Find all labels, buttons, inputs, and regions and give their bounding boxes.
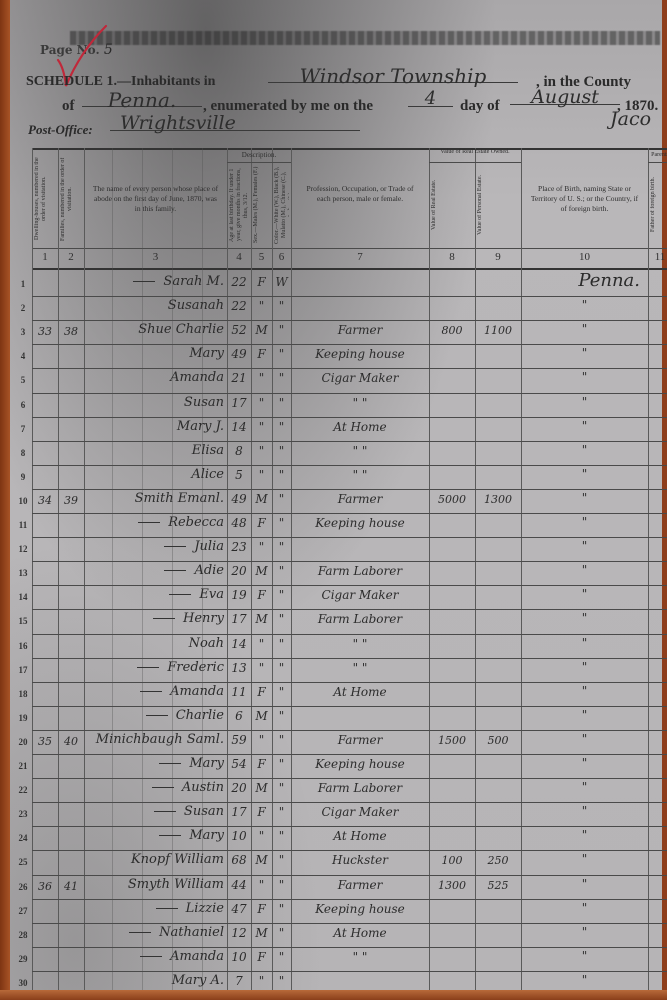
row-25-birthplace: ": [521, 852, 648, 866]
row-9-name: Alice: [84, 467, 227, 482]
row-6-birthplace: ": [521, 395, 648, 409]
month-field: August: [510, 86, 620, 105]
row-29-name: Amanda: [84, 949, 227, 964]
row-3-family-number: 38: [58, 325, 84, 338]
ditto-dash: [146, 715, 168, 716]
column-number-1: 1: [32, 251, 58, 263]
row-24-birthplace: ": [521, 828, 648, 842]
row-10-sex: M: [251, 492, 272, 506]
person-name: Frederic: [167, 660, 224, 675]
row-24-occupation: At Home: [291, 829, 429, 843]
person-name: Henry: [183, 611, 224, 626]
line-number: 16: [14, 641, 32, 651]
row-10-real-estate-value: 5000: [429, 493, 475, 506]
row-14-sex: F: [251, 588, 272, 602]
line-number: 17: [14, 665, 32, 675]
row-1-birthplace: Penna.: [521, 270, 648, 291]
row-26-dwelling-number: 36: [32, 880, 58, 893]
row-26-birthplace: ": [521, 877, 648, 891]
column-number-10: 10: [521, 251, 648, 263]
row-26-color: ": [272, 878, 291, 892]
column-divider: [32, 148, 33, 993]
row-rule: [32, 971, 667, 972]
row-9-age: 5: [227, 468, 251, 482]
person-name: Alice: [191, 467, 224, 482]
row-14-occupation: Cigar Maker: [291, 588, 429, 602]
row-18-birthplace: ": [521, 684, 648, 698]
row-rule: [32, 417, 667, 418]
row-6-age: 17: [227, 396, 251, 410]
row-3-occupation: Farmer: [291, 323, 429, 337]
township-field: Windsor Township: [268, 64, 518, 83]
row-15-occupation: Farm Laborer: [291, 612, 429, 626]
line-number: 6: [14, 400, 32, 410]
row-30-name: Mary A.: [84, 973, 227, 988]
row-3-age: 52: [227, 323, 251, 337]
row-7-occupation: At Home: [291, 420, 429, 434]
line-number: 13: [14, 568, 32, 578]
row-8-age: 8: [227, 444, 251, 458]
row-4-age: 49: [227, 347, 251, 361]
row-1-age: 22: [227, 275, 251, 289]
row-25-color: ": [272, 853, 291, 867]
column-divider: [58, 148, 59, 993]
row-6-name: Susan: [84, 395, 227, 410]
row-17-birthplace: ": [521, 660, 648, 674]
row-13-color: ": [272, 564, 291, 578]
row-19-age: 6: [227, 709, 251, 723]
row-25-sex: M: [251, 853, 272, 867]
row-rule: [32, 489, 667, 490]
row-rule: [32, 465, 667, 466]
column-header-3: The name of every person whose place of …: [92, 184, 219, 214]
row-24-sex: ": [251, 829, 272, 843]
row-1-color: W: [272, 275, 291, 289]
row-3-birthplace: ": [521, 322, 648, 336]
column-number-9: 9: [475, 251, 521, 263]
row-9-color: ": [272, 468, 291, 482]
column-number-3: 3: [84, 251, 227, 263]
ditto-dash: [159, 835, 181, 836]
row-15-birthplace: ": [521, 611, 648, 625]
column-header-9: Value of Personal Estate.: [477, 166, 519, 244]
row-25-personal-estate-value: 250: [475, 854, 521, 867]
row-8-color: ": [272, 444, 291, 458]
row-23-sex: F: [251, 805, 272, 819]
ditto-dash: [164, 546, 186, 547]
row-6-occupation: " ": [291, 396, 429, 410]
row-15-color: ": [272, 612, 291, 626]
row-21-occupation: Keeping house: [291, 757, 429, 771]
post-office-label: Post-Office:: [28, 122, 93, 138]
row-rule: [32, 537, 667, 538]
ditto-dash: [140, 956, 162, 957]
row-rule: [32, 561, 667, 562]
row-1-sex: F: [251, 275, 272, 289]
row-29-birthplace: ": [521, 949, 648, 963]
person-name: Knopf William: [131, 852, 224, 867]
row-9-birthplace: ": [521, 467, 648, 481]
row-20-sex: ": [251, 733, 272, 747]
ditto-dash: [169, 594, 191, 595]
row-rule: [32, 320, 667, 321]
person-name: Smith Emanl.: [135, 491, 224, 506]
description-group-rule: [227, 162, 291, 163]
column-header-2: Families, numbered in the order of visit…: [60, 154, 82, 244]
line-number: 10: [14, 496, 32, 506]
person-name: Susanah: [168, 298, 224, 313]
row-3-dwelling-number: 33: [32, 325, 58, 338]
row-20-dwelling-number: 35: [32, 735, 58, 748]
column-number-4: 4: [227, 251, 251, 263]
row-23-birthplace: ": [521, 804, 648, 818]
row-21-birthplace: ": [521, 756, 648, 770]
row-28-occupation: At Home: [291, 926, 429, 940]
row-30-birthplace: ": [521, 973, 648, 987]
person-name: Mary: [189, 346, 224, 361]
person-name: Amanda: [170, 370, 224, 385]
row-5-birthplace: ": [521, 370, 648, 384]
row-6-sex: ": [251, 396, 272, 410]
of-label: of: [62, 98, 75, 115]
line-number: 5: [14, 375, 32, 385]
county-field: Penna.: [82, 88, 202, 107]
ditto-dash: [133, 281, 155, 282]
line-number: 29: [14, 954, 32, 964]
estate-group-rule: [429, 162, 521, 163]
ditto-dash: [140, 691, 162, 692]
ditto-dash: [159, 763, 181, 764]
row-4-color: ": [272, 347, 291, 361]
row-20-age: 59: [227, 733, 251, 747]
row-17-sex: ": [251, 661, 272, 675]
post-office-field: Wrightsville: [110, 112, 360, 131]
row-27-sex: F: [251, 902, 272, 916]
row-22-occupation: Farm Laborer: [291, 781, 429, 795]
row-29-age: 10: [227, 950, 251, 964]
desk-surface-bottom: [0, 990, 667, 1000]
ditto-dash: [153, 618, 175, 619]
row-rule: [32, 682, 667, 683]
line-number: 19: [14, 713, 32, 723]
row-22-sex: M: [251, 781, 272, 795]
day-of-label: day of: [460, 98, 500, 115]
row-12-name: Julia: [84, 539, 227, 554]
row-rule: [32, 344, 667, 345]
line-number: 14: [14, 592, 32, 602]
row-25-occupation: Huckster: [291, 853, 429, 867]
row-10-age: 49: [227, 492, 251, 506]
person-name: Mary: [189, 828, 224, 843]
row-13-birthplace: ": [521, 563, 648, 577]
row-10-dwelling-number: 34: [32, 494, 58, 507]
row-29-occupation: " ": [291, 950, 429, 964]
row-2-age: 22: [227, 299, 251, 313]
row-22-age: 20: [227, 781, 251, 795]
column-header-8: Value of Real Estate.: [431, 166, 473, 244]
row-25-age: 68: [227, 853, 251, 867]
row-16-birthplace: ": [521, 636, 648, 650]
header-note-strikethrough: [70, 31, 660, 45]
row-rule: [32, 393, 667, 394]
row-3-color: ": [272, 323, 291, 337]
row-23-color: ": [272, 805, 291, 819]
row-19-color: ": [272, 709, 291, 723]
row-18-age: 11: [227, 685, 251, 699]
row-11-sex: F: [251, 516, 272, 530]
column-header-11: Father of foreign birth.: [650, 166, 667, 244]
row-28-birthplace: ": [521, 925, 648, 939]
line-number: 26: [14, 882, 32, 892]
person-name: Nathaniel: [159, 925, 224, 940]
row-18-sex: F: [251, 685, 272, 699]
row-7-name: Mary J.: [84, 419, 227, 434]
row-12-birthplace: ": [521, 539, 648, 553]
row-10-occupation: Farmer: [291, 492, 429, 506]
row-10-name: Smith Emanl.: [84, 491, 227, 506]
row-25-real-estate-value: 100: [429, 854, 475, 867]
person-name: Smyth William: [128, 877, 224, 892]
row-13-age: 20: [227, 564, 251, 578]
row-17-name: Frederic: [84, 660, 227, 675]
line-number: 24: [14, 833, 32, 843]
row-21-sex: F: [251, 757, 272, 771]
row-26-name: Smyth William: [84, 877, 227, 892]
group-header-description: Description.: [227, 151, 291, 160]
row-21-age: 54: [227, 757, 251, 771]
row-5-sex: ": [251, 371, 272, 385]
person-name: Susan: [184, 395, 224, 410]
line-number: 9: [14, 472, 32, 482]
row-23-name: Susan: [84, 804, 227, 819]
row-rule: [32, 850, 667, 851]
column-number-2: 2: [58, 251, 84, 263]
row-7-color: ": [272, 420, 291, 434]
line-number: 15: [14, 616, 32, 626]
row-rule: [32, 658, 667, 659]
row-22-name: Austin: [84, 780, 227, 795]
row-27-name: Lizzie: [84, 901, 227, 916]
person-name: Mary A.: [172, 973, 224, 988]
row-19-name: Charlie: [84, 708, 227, 723]
row-20-personal-estate-value: 500: [475, 734, 521, 747]
row-7-age: 14: [227, 420, 251, 434]
row-8-occupation: " ": [291, 444, 429, 458]
ditto-dash: [164, 570, 186, 571]
row-3-name: Shue Charlie: [84, 322, 227, 337]
census-table: Description.Value of Real Estate Owned.P…: [32, 148, 667, 993]
row-8-name: Elisa: [84, 443, 227, 458]
line-number: 4: [14, 351, 32, 361]
row-9-occupation: " ": [291, 468, 429, 482]
person-name: Julia: [194, 539, 224, 554]
row-5-age: 21: [227, 371, 251, 385]
column-header-1: Dwelling-houses, numbered in the order o…: [34, 154, 56, 244]
row-rule: [32, 706, 667, 707]
row-rule: [32, 441, 667, 442]
row-rule: [32, 875, 667, 876]
person-name: Amanda: [170, 949, 224, 964]
row-17-age: 13: [227, 661, 251, 675]
row-14-birthplace: ": [521, 587, 648, 601]
row-rule: [32, 923, 667, 924]
row-14-name: Eva: [84, 587, 227, 602]
day-field: 4: [408, 88, 453, 107]
row-1-name: Sarah M.: [84, 274, 227, 289]
row-3-real-estate-value: 800: [429, 324, 475, 337]
row-30-color: ": [272, 974, 291, 988]
line-number: 7: [14, 424, 32, 434]
row-10-birthplace: ": [521, 491, 648, 505]
row-5-color: ": [272, 371, 291, 385]
row-12-age: 23: [227, 540, 251, 554]
line-number: 28: [14, 930, 32, 940]
row-13-sex: M: [251, 564, 272, 578]
line-number: 8: [14, 448, 32, 458]
row-8-birthplace: ": [521, 443, 648, 457]
person-name: Minichbaugh Saml.: [96, 732, 224, 747]
row-7-sex: ": [251, 420, 272, 434]
row-26-occupation: Farmer: [291, 878, 429, 892]
row-rule: [32, 513, 667, 514]
row-26-real-estate-value: 1300: [429, 879, 475, 892]
row-25-name: Knopf William: [84, 852, 227, 867]
person-name: Mary: [189, 756, 224, 771]
row-15-age: 17: [227, 612, 251, 626]
person-name: Charlie: [176, 708, 224, 723]
line-number: 25: [14, 857, 32, 867]
line-number: 18: [14, 689, 32, 699]
row-24-name: Mary: [84, 828, 227, 843]
column-header-4: Age at last birthday. If under 1 year, g…: [229, 166, 249, 244]
row-11-age: 48: [227, 516, 251, 530]
column-number-6: 6: [272, 251, 291, 263]
column-number-7: 7: [291, 251, 429, 263]
row-19-birthplace: ": [521, 708, 648, 722]
row-15-name: Henry: [84, 611, 227, 626]
row-10-family-number: 39: [58, 494, 84, 507]
row-16-color: ": [272, 637, 291, 651]
row-23-occupation: Cigar Maker: [291, 805, 429, 819]
person-name: Austin: [182, 780, 224, 795]
row-rule: [32, 368, 667, 369]
row-5-occupation: Cigar Maker: [291, 371, 429, 385]
row-16-name: Noah: [84, 636, 227, 651]
ditto-dash: [129, 932, 151, 933]
row-10-color: ": [272, 492, 291, 506]
row-28-name: Nathaniel: [84, 925, 227, 940]
row-28-sex: M: [251, 926, 272, 940]
row-29-sex: F: [251, 950, 272, 964]
person-name: Rebecca: [168, 515, 224, 530]
line-number: 30: [14, 978, 32, 988]
column-divider: [648, 148, 649, 993]
row-23-age: 17: [227, 805, 251, 819]
row-22-color: ": [272, 781, 291, 795]
row-rule: [32, 754, 667, 755]
column-number-8: 8: [429, 251, 475, 263]
line-number: 27: [14, 906, 32, 916]
row-15-sex: M: [251, 612, 272, 626]
line-number: 2: [14, 303, 32, 313]
column-header-7: Profession, Occupation, or Trade of each…: [299, 184, 421, 204]
group-header-real-estate: Value of Real Estate Owned.: [429, 149, 521, 156]
person-name: Shue Charlie: [138, 322, 224, 337]
row-27-birthplace: ": [521, 901, 648, 915]
person-name: Susan: [184, 804, 224, 819]
row-rule: [32, 802, 667, 803]
line-number: 12: [14, 544, 32, 554]
person-name: Amanda: [170, 684, 224, 699]
row-2-sex: ": [251, 299, 272, 313]
row-3-sex: M: [251, 323, 272, 337]
row-16-age: 14: [227, 637, 251, 651]
ditto-dash: [137, 667, 159, 668]
parents-group-rule: [648, 162, 667, 163]
row-30-sex: ": [251, 974, 272, 988]
row-21-color: ": [272, 757, 291, 771]
row-30-age: 7: [227, 974, 251, 988]
row-rule: [32, 730, 667, 731]
line-number: 21: [14, 761, 32, 771]
row-9-sex: ": [251, 468, 272, 482]
row-26-personal-estate-value: 525: [475, 879, 521, 892]
ditto-dash: [156, 908, 178, 909]
row-16-occupation: " ": [291, 637, 429, 651]
row-13-occupation: Farm Laborer: [291, 564, 429, 578]
row-10-personal-estate-value: 1300: [475, 493, 521, 506]
row-2-birthplace: ": [521, 298, 648, 312]
row-18-color: ": [272, 685, 291, 699]
row-27-color: ": [272, 902, 291, 916]
row-6-color: ": [272, 396, 291, 410]
group-header-parents: Parents: [648, 151, 667, 160]
table-top-rule: [32, 148, 667, 150]
row-rule: [32, 634, 667, 635]
row-11-occupation: Keeping house: [291, 516, 429, 530]
column-header-6: Color.—White (W.), Black (B.), Mulatto (…: [274, 166, 289, 244]
column-header-5: Sex.—Males (M.), Females (F.): [253, 166, 270, 244]
person-name: Eva: [199, 587, 224, 602]
row-rule: [32, 778, 667, 779]
row-26-sex: ": [251, 878, 272, 892]
header-bottom-rule: [32, 248, 667, 249]
row-rule: [32, 609, 667, 610]
column-number-11: 11: [648, 251, 667, 263]
enumerator-signature-partial: Jaco: [610, 108, 651, 130]
row-12-color: ": [272, 540, 291, 554]
row-14-color: ": [272, 588, 291, 602]
ditto-dash: [152, 787, 174, 788]
row-26-family-number: 41: [58, 880, 84, 893]
row-28-color: ": [272, 926, 291, 940]
row-20-birthplace: ": [521, 732, 648, 746]
row-27-age: 47: [227, 902, 251, 916]
column-header-10: Place of Birth, naming State or Territor…: [529, 184, 640, 214]
person-name: Adie: [194, 563, 224, 578]
row-22-birthplace: ": [521, 780, 648, 794]
row-20-occupation: Farmer: [291, 733, 429, 747]
row-4-sex: F: [251, 347, 272, 361]
row-7-birthplace: ": [521, 419, 648, 433]
row-4-birthplace: ": [521, 346, 648, 360]
row-4-name: Mary: [84, 346, 227, 361]
row-rule: [32, 296, 667, 297]
row-rule: [32, 585, 667, 586]
row-rule: [32, 826, 667, 827]
row-13-name: Adie: [84, 563, 227, 578]
row-rule: [32, 899, 667, 900]
